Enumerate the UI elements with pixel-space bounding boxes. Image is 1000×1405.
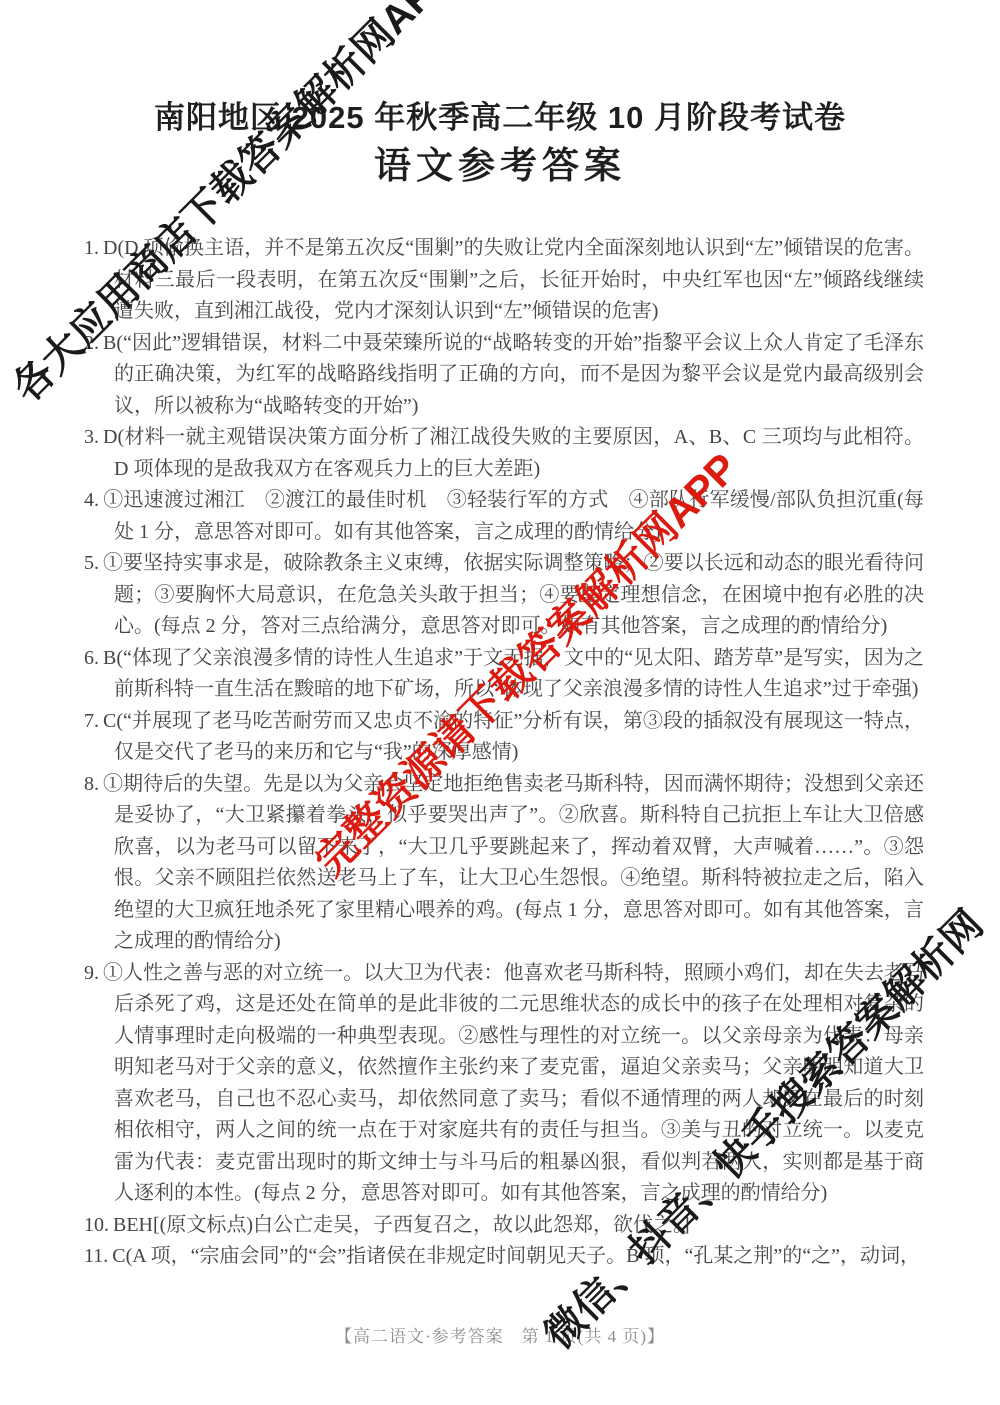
answer-item-4: 4.①迅速渡过湘江 ②渡江的最佳时机 ③轻装行军的方式 ④部队行军缓慢/部队负担… (84, 485, 924, 548)
answer-item-5: 5.①要坚持实事求是，破除教条主义束缚，依据实际调整策略；②要以长远和动态的眼光… (84, 548, 924, 643)
answer-text: B(“因此”逻辑错误，材料二中聂荣臻所说的“战略转变的开始”指黎平会议上众人肯定… (103, 332, 924, 417)
exam-title: 南阳地区 2025 年秋季高二年级 10 月阶段考试卷 (0, 97, 1000, 139)
answer-item-8: 8.①期待后的失望。先是以为父亲会坚定地拒绝售卖老马斯科特，因而满怀期待；没想到… (84, 769, 924, 958)
answer-item-3: 3.D(材料一就主观错误决策方面分析了湘江战役失败的主要原因，A、B、C 三项均… (84, 422, 924, 485)
answer-text: ①要坚持实事求是，破除教条主义束缚，依据实际调整策略；②要以长远和动态的眼光看待… (103, 552, 924, 637)
answer-sheet-subtitle: 语文参考答案 (0, 142, 1000, 190)
answer-text: D(材料一就主观错误决策方面分析了湘江战役失败的主要原因，A、B、C 三项均与此… (103, 426, 924, 480)
answer-item-10: 10.BEH[(原文标点)白公亡走吴，子西复召之，故以此怨郑，欲伐之。] (84, 1210, 924, 1242)
answer-text: B(“体现了父亲浪漫多情的诗性人生追求”于文无据，文中的“见太阳、踏芳草”是写实… (103, 647, 924, 701)
answer-item-2: 2.B(“因此”逻辑错误，材料二中聂荣臻所说的“战略转变的开始”指黎平会议上众人… (84, 328, 924, 423)
answer-item-6: 6.B(“体现了父亲浪漫多情的诗性人生追求”于文无据，文中的“见太阳、踏芳草”是… (84, 643, 924, 706)
answer-item-11: 11.C(A 项，“宗庙会同”的“会”指诸侯在非规定时间朝见天子。B 项，“孔某… (84, 1241, 924, 1273)
answer-number: 6. (84, 647, 103, 669)
answer-number: 8. (84, 773, 103, 795)
answer-item-7: 7.C(“并展现了老马吃苦耐劳而又忠贞不渝的特征”分析有误，第③段的插叙没有展现… (84, 706, 924, 769)
answer-item-1: 1.D(D 项偷换主语，并不是第五次反“围剿”的失败让党内全面深刻地认识到“左”… (84, 233, 924, 328)
answer-number: 7. (84, 710, 103, 732)
answer-text: C(A 项，“宗庙会同”的“会”指诸侯在非规定时间朝见天子。B 项，“孔某之荆”… (112, 1245, 920, 1267)
answer-number: 11. (84, 1245, 112, 1267)
answer-number: 3. (84, 426, 103, 448)
page-footer: 【高二语文·参考答案 第 1 页(共 4 页)】 (0, 1322, 1000, 1347)
answer-number: 1. (84, 237, 103, 259)
document-header: 南阳地区 2025 年秋季高二年级 10 月阶段考试卷 语文参考答案 (0, 97, 1000, 190)
answer-item-9: 9.①人性之善与恶的对立统一。以大卫为代表：他喜欢老马斯科特，照顾小鸡们，却在失… (84, 958, 924, 1210)
answer-number: 10. (84, 1214, 113, 1236)
answer-number: 4. (84, 489, 103, 511)
scanned-answer-sheet-page: 南阳地区 2025 年秋季高二年级 10 月阶段考试卷 语文参考答案 1.D(D… (0, 0, 1000, 1405)
answer-number: 9. (84, 962, 103, 984)
answer-text: ①期待后的失望。先是以为父亲会坚定地拒绝售卖老马斯科特，因而满怀期待；没想到父亲… (103, 773, 924, 953)
answer-text: ①人性之善与恶的对立统一。以大卫为代表：他喜欢老马斯科特，照顾小鸡们，却在失去老… (103, 962, 924, 1205)
answer-number: 5. (84, 552, 103, 574)
answer-number: 2. (84, 332, 103, 354)
answer-text: ①迅速渡过湘江 ②渡江的最佳时机 ③轻装行军的方式 ④部队行军缓慢/部队负担沉重… (103, 489, 924, 543)
answers-list: 1.D(D 项偷换主语，并不是第五次反“围剿”的失败让党内全面深刻地认识到“左”… (84, 233, 924, 1273)
answer-text: C(“并展现了老马吃苦耐劳而又忠贞不渝的特征”分析有误，第③段的插叙没有展现这一… (103, 710, 924, 764)
answer-text: BEH[(原文标点)白公亡走吴，子西复召之，故以此怨郑，欲伐之。] (113, 1214, 690, 1236)
answer-text: D(D 项偷换主语，并不是第五次反“围剿”的失败让党内全面深刻地认识到“左”倾错… (103, 237, 924, 322)
